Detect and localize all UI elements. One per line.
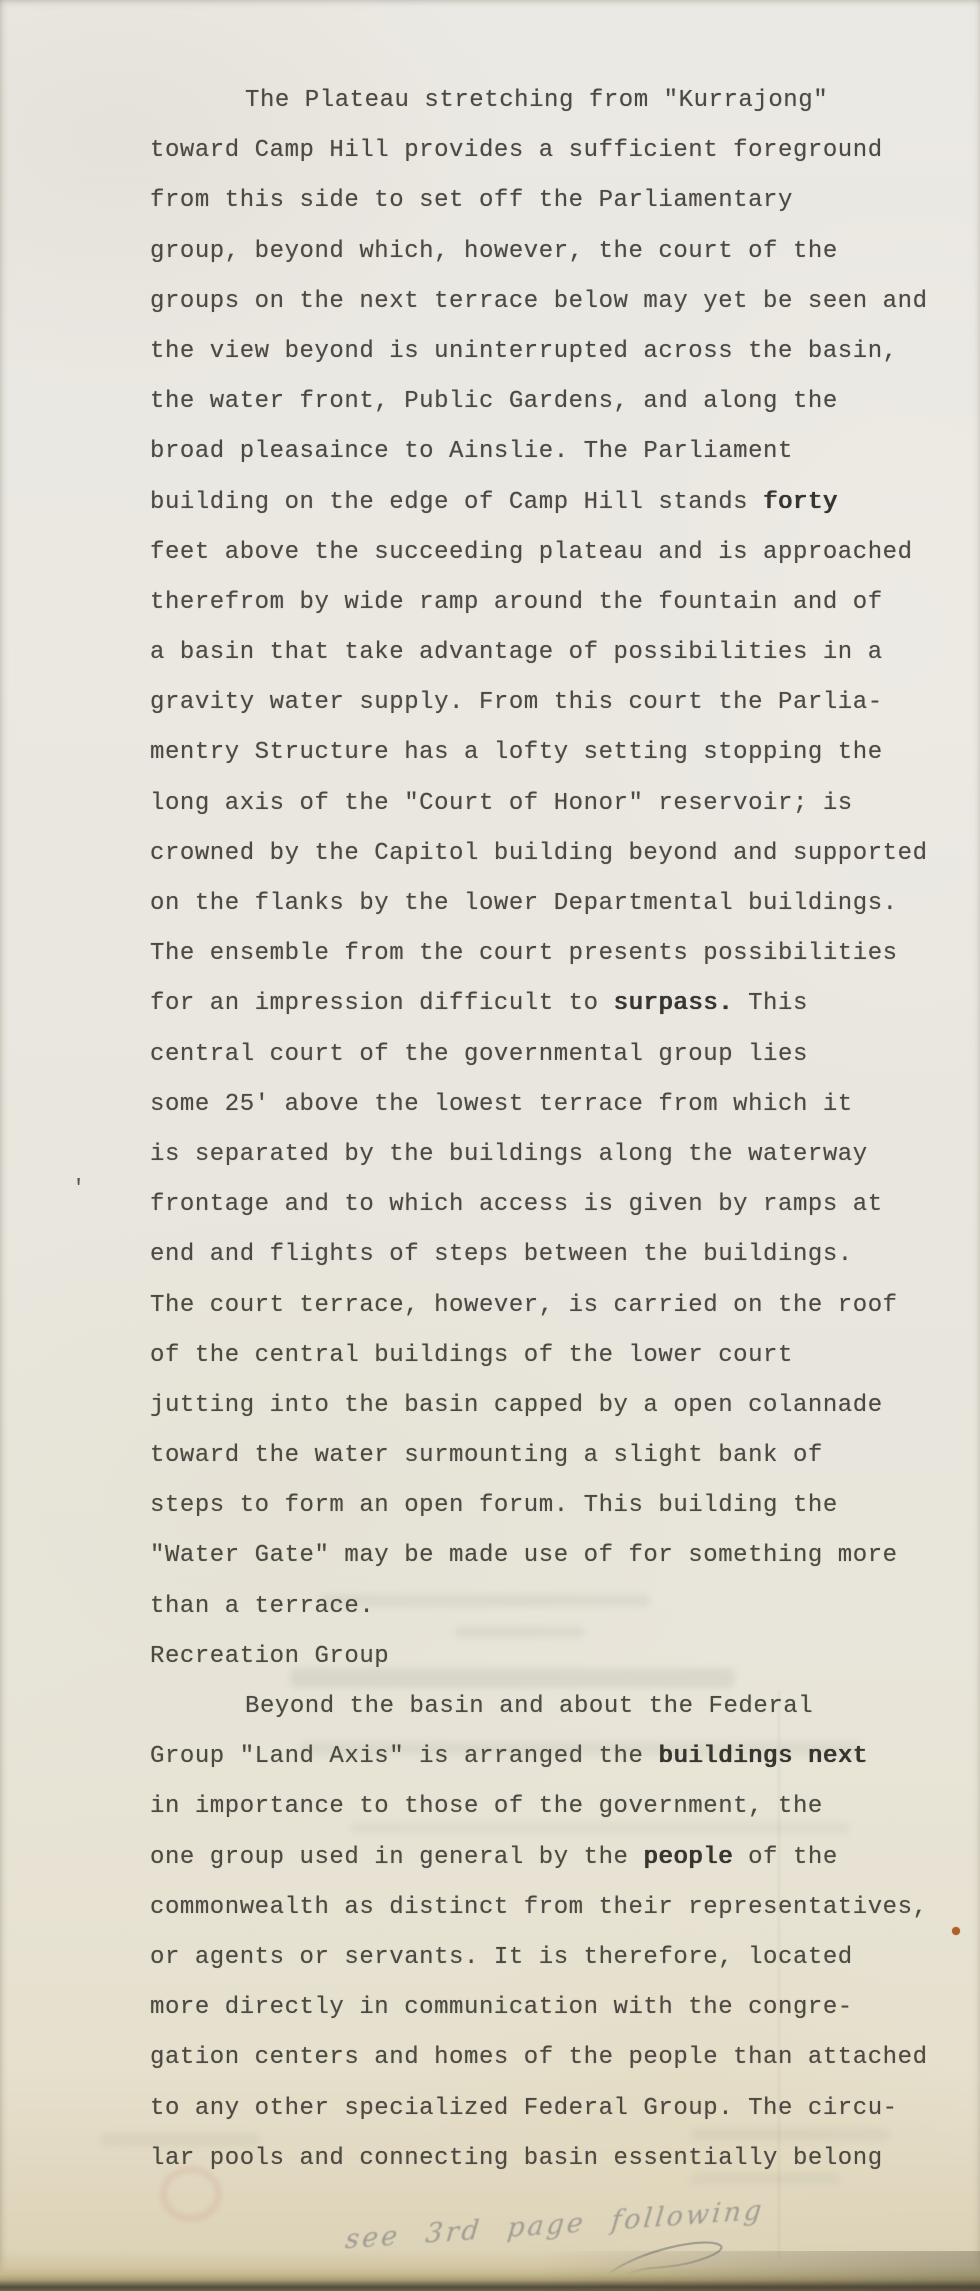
typed-line: mentry Structure has a lofty setting sto…	[150, 728, 950, 778]
typed-line: central court of the governmental group …	[150, 1030, 950, 1080]
typed-line: therefrom by wide ramp around the founta…	[150, 578, 950, 628]
typed-text-block: The Plateau stretching from "Kurrajong"t…	[150, 76, 950, 2184]
page-bottom-edge	[0, 2251, 980, 2291]
typed-line: end and flights of steps between the bui…	[150, 1230, 950, 1280]
typed-line: The court terrace, however, is carried o…	[150, 1281, 950, 1331]
typed-line: a basin that take advantage of possibili…	[150, 628, 950, 678]
scanned-typewritten-page: The Plateau stretching from "Kurrajong"t…	[0, 0, 980, 2291]
typed-line: The Plateau stretching from "Kurrajong"	[150, 76, 950, 126]
typed-line: "Water Gate" may be made use of for some…	[150, 1531, 950, 1581]
typed-line: Beyond the basin and about the Federal	[150, 1682, 950, 1732]
typed-line: toward the water surmounting a slight ba…	[150, 1431, 950, 1481]
typed-line: on the flanks by the lower Departmental …	[150, 879, 950, 929]
typed-line: groups on the next terrace below may yet…	[150, 277, 950, 327]
typed-line: more directly in communication with the …	[150, 1983, 950, 2033]
ink-spot	[952, 1927, 960, 1935]
typed-line: is separated by the buildings along the …	[150, 1130, 950, 1180]
typed-line: crowned by the Capitol building beyond a…	[150, 829, 950, 879]
typed-line: the view beyond is uninterrupted across …	[150, 327, 950, 377]
typed-line: of the central buildings of the lower co…	[150, 1331, 950, 1381]
typed-line: in importance to those of the government…	[150, 1782, 950, 1832]
stray-ink-mark: '	[72, 1176, 85, 1201]
typed-line: for an impression difficult to surpass. …	[150, 979, 950, 1029]
typed-line: gravity water supply. From this court th…	[150, 678, 950, 728]
typed-line: The ensemble from the court presents pos…	[150, 929, 950, 979]
typed-line: gation centers and homes of the people t…	[150, 2033, 950, 2083]
typed-line: lar pools and connecting basin essential…	[150, 2134, 950, 2184]
typed-line: commonwealth as distinct from their repr…	[150, 1883, 950, 1933]
typed-line: than a terrace.	[150, 1582, 950, 1632]
typed-line: broad pleasaince to Ainslie. The Parliam…	[150, 427, 950, 477]
typed-line: to any other specialized Federal Group. …	[150, 2084, 950, 2134]
typed-line: frontage and to which access is given by…	[150, 1180, 950, 1230]
typed-line: one group used in general by the people …	[150, 1833, 950, 1883]
typed-line: Group "Land Axis" is arranged the buildi…	[150, 1732, 950, 1782]
typed-line: steps to form an open forum. This buildi…	[150, 1481, 950, 1531]
typed-line: jutting into the basin capped by a open …	[150, 1381, 950, 1431]
typed-line: feet above the succeeding plateau and is…	[150, 528, 950, 578]
typed-line: building on the edge of Camp Hill stands…	[150, 478, 950, 528]
typed-line: or agents or servants. It is therefore, …	[150, 1933, 950, 1983]
typed-line: toward Camp Hill provides a sufficient f…	[150, 126, 950, 176]
typed-line: group, beyond which, however, the court …	[150, 227, 950, 277]
section-heading: Recreation Group	[150, 1632, 950, 1682]
typed-line: from this side to set off the Parliament…	[150, 176, 950, 226]
typed-line: long axis of the "Court of Honor" reserv…	[150, 779, 950, 829]
typed-line: some 25' above the lowest terrace from w…	[150, 1080, 950, 1130]
typed-line: the water front, Public Gardens, and alo…	[150, 377, 950, 427]
